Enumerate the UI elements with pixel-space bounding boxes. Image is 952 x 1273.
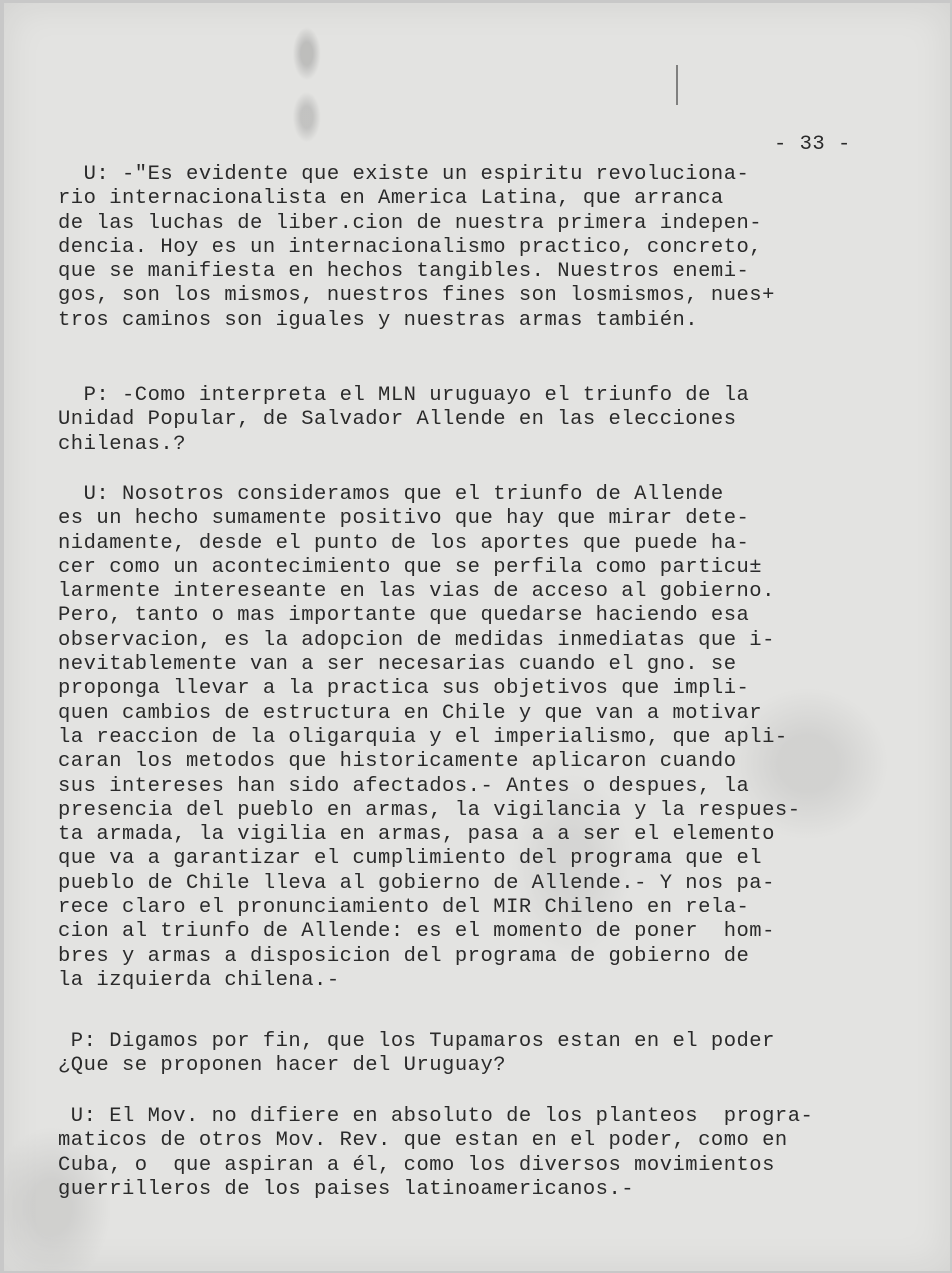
text-line: maticos de otros Mov. Rev. que estan en … — [58, 1129, 813, 1153]
text-line: nevitablemente van a ser necesarias cuan… — [58, 653, 801, 677]
text-line: que va a garantizar el cumplimiento del … — [58, 847, 801, 871]
text-line: quen cambios de estructura en Chile y qu… — [58, 702, 801, 726]
text-line: observacion, es la adopcion de medidas i… — [58, 629, 801, 653]
answer-paragraph: U: Nosotros consideramos que el triunfo … — [58, 483, 801, 993]
text-line: Unidad Popular, de Salvador Allende en l… — [58, 408, 749, 432]
text-line: caran los metodos que historicamente apl… — [58, 750, 801, 774]
text-line: guerrilleros de los paises latinoamerica… — [58, 1178, 813, 1202]
text-line: gos, son los mismos, nuestros fines son … — [58, 284, 775, 308]
text-line: la izquierda chilena.- — [58, 969, 801, 993]
text-line: de las luchas de liber.cion de nuestra p… — [58, 212, 775, 236]
text-line: U: Nosotros consideramos que el triunfo … — [58, 483, 801, 507]
text-line: rece claro el pronunciamiento del MIR Ch… — [58, 896, 801, 920]
text-line: pueblo de Chile lleva al gobierno de All… — [58, 872, 801, 896]
text-line: tros caminos son iguales y nuestras arma… — [58, 309, 775, 333]
text-line: sus intereses han sido afectados.- Antes… — [58, 775, 801, 799]
text-line: rio internacionalista en America Latina,… — [58, 187, 775, 211]
text-line: presencia del pueblo en armas, la vigila… — [58, 799, 801, 823]
page-number: - 33 - — [774, 133, 851, 157]
text-line: Cuba, o que aspiran a él, como los diver… — [58, 1154, 813, 1178]
text-line: ta armada, la vigilia en armas, pasa a a… — [58, 823, 801, 847]
answer-paragraph: U: -"Es evidente que existe un espiritu … — [58, 163, 775, 333]
question-paragraph: P: Digamos por fin, que los Tupamaros es… — [58, 1030, 775, 1079]
text-line: U: -"Es evidente que existe un espiritu … — [58, 163, 775, 187]
scanned-page: - 33 - U: -"Es evidente que existe un es… — [4, 3, 950, 1271]
text-line: dencia. Hoy es un internacionalismo prac… — [58, 236, 775, 260]
text-line: U: El Mov. no difiere en absoluto de los… — [58, 1105, 813, 1129]
text-line: proponga llevar a la practica sus objeti… — [58, 677, 801, 701]
answer-paragraph: U: El Mov. no difiere en absoluto de los… — [58, 1105, 813, 1202]
text-line: nidamente, desde el punto de los aportes… — [58, 532, 801, 556]
text-line: cion al triunfo de Allende: es el moment… — [58, 920, 801, 944]
text-line: P: Digamos por fin, que los Tupamaros es… — [58, 1030, 775, 1054]
text-line: larmente intereseante en las vias de acc… — [58, 580, 801, 604]
page-text: - 33 - U: -"Es evidente que existe un es… — [4, 3, 950, 1271]
text-line: P: -Como interpreta el MLN uruguayo el t… — [58, 384, 749, 408]
text-line: cer como un acontecimiento que se perfil… — [58, 556, 801, 580]
text-line: la reaccion de la oligarquia y el imperi… — [58, 726, 801, 750]
text-line: Pero, tanto o mas importante que quedars… — [58, 604, 801, 628]
text-line: ¿Que se proponen hacer del Uruguay? — [58, 1054, 775, 1078]
text-line: que se manifiesta en hechos tangibles. N… — [58, 260, 775, 284]
text-line: chilenas.? — [58, 433, 749, 457]
text-line: bres y armas a disposicion del programa … — [58, 945, 801, 969]
question-paragraph: P: -Como interpreta el MLN uruguayo el t… — [58, 384, 749, 457]
text-line: es un hecho sumamente positivo que hay q… — [58, 507, 801, 531]
